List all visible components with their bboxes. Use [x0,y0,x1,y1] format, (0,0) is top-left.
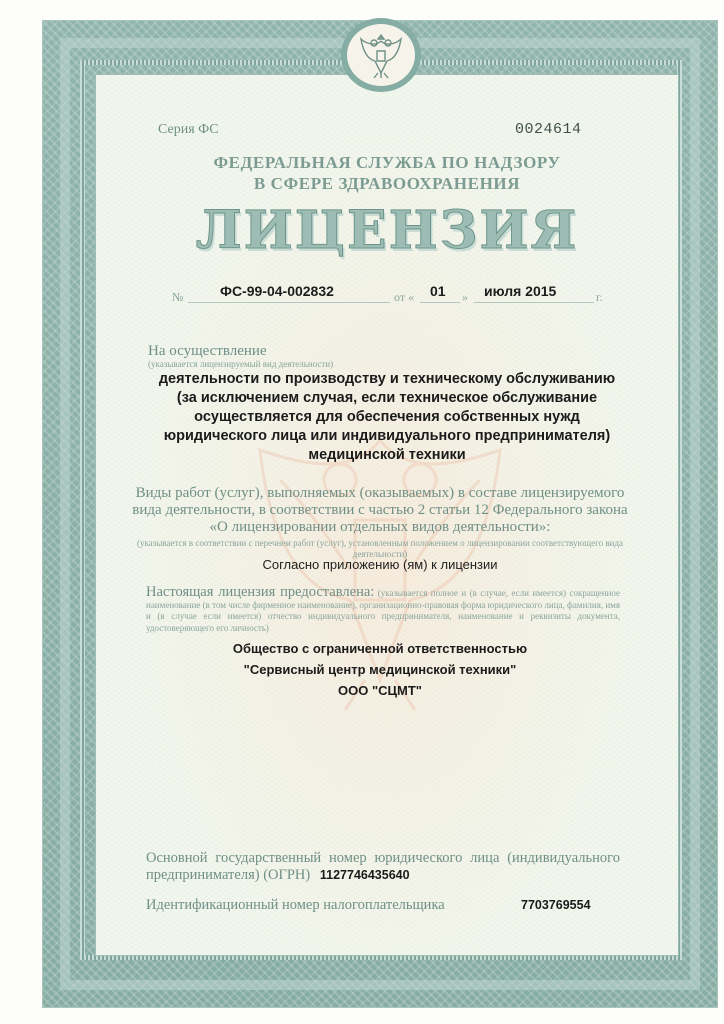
issuing-agency: ФЕДЕРАЛЬНАЯ СЛУЖБА ПО НАДЗОРУ В СФЕРЕ ЗД… [95,152,679,194]
date-from-label: от « [394,290,414,305]
works-value: Согласно приложению (ям) к лицензии [130,557,630,572]
year-suffix: г. [596,290,603,305]
ogrn-row: Основной государственный номер юридическ… [146,850,620,884]
licensed-activity: деятельности по производству и техническ… [150,370,624,465]
eagle-emblem-icon [357,29,405,81]
org-short-name: ООО "СЦМТ" [130,680,630,701]
document-title: ЛИЦЕНЗИЯ [95,200,679,261]
license-number-row: № ФС-99-04-002832 от « 01 » июля 2015 г. [172,283,602,307]
date-quote-close: » [462,290,468,305]
inn-value: 7703769554 [521,898,591,912]
license-month-year: июля 2015 [484,283,556,299]
granted-to-block: Настоящая лицензия предоставлена: (указы… [146,587,620,634]
series-label: Серия ФС [158,122,219,138]
license-number: ФС-99-04-002832 [220,283,334,299]
licensee-organization: Общество с ограниченной ответственностью… [130,638,630,701]
month-underline [474,302,594,303]
org-legal-form: Общество с ограниченной ответственностью [130,638,630,659]
emblem-medallion [341,18,421,92]
agency-line-1: ФЕДЕРАЛЬНАЯ СЛУЖБА ПО НАДЗОРУ [95,152,679,173]
works-label: Виды работ (услуг), выполняемых (оказыва… [130,485,630,536]
license-day: 01 [430,283,446,299]
day-underline [420,302,460,303]
number-sign: № [172,290,183,305]
inn-label: Идентификационный номер налогоплательщик… [146,897,445,914]
activity-label: На осуществление [148,343,267,360]
org-full-name: "Сервисный центр медицинской техники" [130,659,630,680]
ogrn-value: 1127746435640 [320,868,410,882]
agency-line-2: В СФЕРЕ ЗДРАВООХРАНЕНИЯ [95,173,679,194]
serial-number: 0024614 [515,121,582,138]
number-underline [188,302,390,303]
granted-label: Настоящая лицензия предоставлена: [146,584,374,600]
activity-hint: (указывается лицензируемый вид деятельно… [148,359,333,369]
